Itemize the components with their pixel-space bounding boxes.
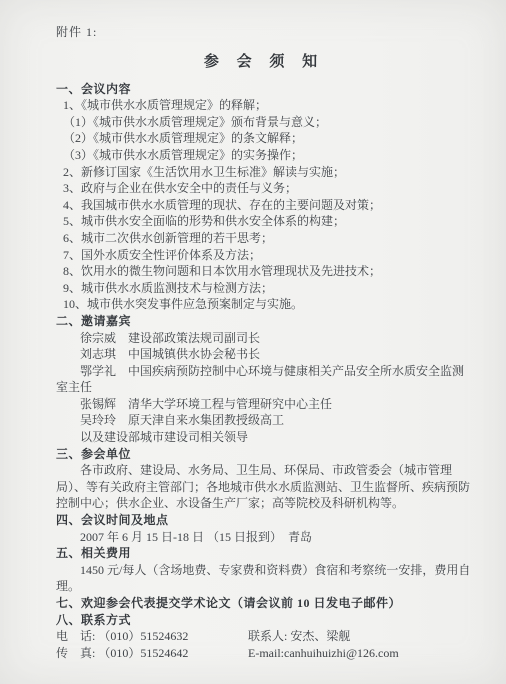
agenda-item: （1）《城市供水水质管理规定》颁布背景与意义； [56,114,472,131]
guest-line: 吴玲玲 原天津自来水集团教授级高工 [56,412,472,429]
guest-line: 刘志琪 中国城镇供水协会秘书长 [56,346,472,363]
agenda-item: 8、饮用水的微生物问题和日本饮用水管理现状及先进技术； [56,263,472,280]
contact-row-phone: 电 话: （010）51524632 联系人: 安杰、梁舰 [56,628,472,645]
fee-paragraph: 1450 元/每人（含场地费、专家费和资料费）食宿和考察统一安排，费用自理。 [56,562,472,595]
contact-person-value: 联系人: 安杰、梁舰 [248,628,350,645]
section-heading-papers: 七、欢迎参会代表提交学术论文（请会议前 10 日发电子邮件） [56,595,472,612]
section-heading-time-place: 四、会议时间及地点 [56,512,472,529]
email-value: E-mail:canhuihuizhi@126.com [248,645,399,662]
agenda-item: 2、新修订国家《生活饮用水卫生标准》解读与实施； [56,164,472,181]
phone-value: 电 话: （010）51524632 [56,628,248,645]
guest-line: 鄂学礼 中国疾病预防控制中心环境与健康相关产品安全所水质安全监测室主任 [56,363,472,396]
guest-line: 徐宗威 建设部政策法规司副司长 [56,330,472,347]
agenda-item: 6、城市二次供水创新管理的若干思考； [56,230,472,247]
agenda-item: 9、城市供水水质监测技术与检测方法； [56,280,472,297]
attachment-label: 附件 1: [56,24,472,41]
agenda-item: （2）《城市供水水质管理规定》的条文解释； [56,130,472,147]
guest-line: 张锡辉 清华大学环境工程与管理研究中心主任 [56,396,472,413]
section-heading-contact: 八、联系方式 [56,612,472,629]
fax-value: 传 真: （010）51524642 [56,645,248,662]
section-heading-agenda: 一、会议内容 [56,81,472,98]
section-heading-units: 三、参会单位 [56,446,472,463]
scanned-notice-page: 附件 1: 参 会 须 知 一、会议内容 1、《城市供水水质管理规定》的释解； … [0,0,506,684]
agenda-item: 3、政府与企业在供水安全中的责任与义务； [56,180,472,197]
agenda-item: 1、《城市供水水质管理规定》的释解； [56,97,472,114]
time-place-detail: 2007 年 6 月 15 日-18 日 （15 日报到） 青岛 [56,529,472,546]
agenda-item: 10、城市供水突发事件应急预案制定与实施。 [56,296,472,313]
section-heading-guests: 二、邀请嘉宾 [56,313,472,330]
agenda-item: （3）《城市供水水质管理规定》的实务操作； [56,147,472,164]
section-heading-fee: 五、相关费用 [56,545,472,562]
page-title: 参 会 须 知 [56,51,472,73]
agenda-item: 7、国外水质安全性评价体系及方法； [56,247,472,264]
guest-line: 以及建设部城市建设司相关领导 [56,429,472,446]
units-paragraph: 各市政府、建设局、水务局、卫生局、环保局、市政管委会（城市管理局）、等有关政府主… [56,462,472,512]
contact-row-fax: 传 真: （010）51524642 E-mail:canhuihuizhi@1… [56,645,472,662]
agenda-item: 4、我国城市供水水质管理的现状、存在的主要问题及对策； [56,197,472,214]
agenda-item: 5、城市供水安全面临的形势和供水安全体系的构建； [56,213,472,230]
